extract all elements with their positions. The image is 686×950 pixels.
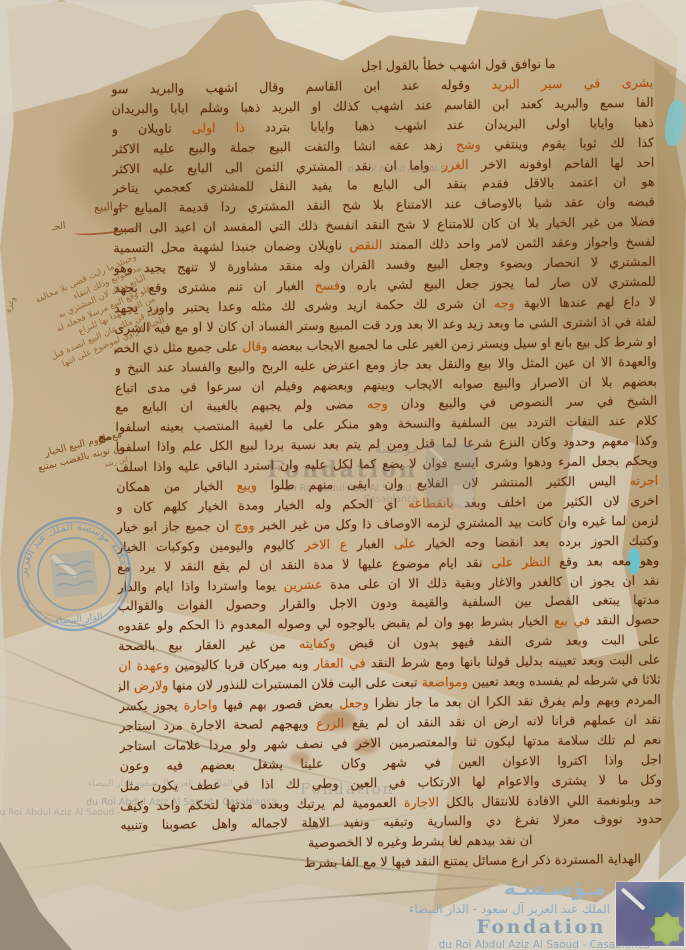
rubric-word: الزرع <box>316 715 344 730</box>
rubric-word: وجعل <box>339 695 369 710</box>
rubric-word: في بيع <box>554 613 590 628</box>
rubric-word: فسخ <box>315 278 341 293</box>
watermark-logo-square <box>426 444 476 508</box>
eight-pointed-star-icon <box>454 486 472 504</box>
rubric-word: وشح <box>456 136 481 151</box>
rubric-word: الغرر <box>442 157 469 172</box>
foundation-footer: مـؤسـسـة الملك عبد العزيز آل سعود - الدا… <box>420 876 686 950</box>
diagonal-stroke-icon <box>429 447 449 465</box>
rubric-word: ومواضعة <box>421 674 468 690</box>
rubric-word: وجه <box>367 396 388 411</box>
eight-pointed-star-icon <box>655 917 679 941</box>
watermark-arabic: مؤسسة <box>228 442 418 457</box>
manuscript-scan: du Roi Abdul Aziz Al-SFondationdu Roi Ab… <box>0 0 686 950</box>
margin-heading: حد البيع <box>94 199 130 214</box>
ghost-watermark-text: du Roi Abdul Aziz Al Saoud - <box>0 808 120 818</box>
margin-fragment: مع <box>98 430 112 443</box>
rubric-word: في العقار <box>314 655 366 671</box>
rubric-word: اجرته <box>630 473 659 488</box>
foundation-arabic-title: مـؤسـسـة <box>504 876 606 900</box>
rubric-word: ذا اولى <box>192 119 245 135</box>
rubric-word: النظر على <box>491 554 551 570</box>
rubric-word: عشرين <box>284 576 323 591</box>
rubric-word: وجه <box>494 295 515 310</box>
rubric-word: وقال <box>242 338 267 353</box>
foundation-watermark-center: مؤسسة Fondation du Roi Abdul Aziz Al Sao… <box>228 442 480 522</box>
star-icon: ★ <box>122 587 130 597</box>
foundation-logo <box>616 882 684 946</box>
library-stamp: مكتبة مؤسسة الملك عبد العزيز الدار البيض… <box>4 486 144 660</box>
rubric-word: وكفايته <box>299 636 336 651</box>
watermark-subtitle: du Roi Abdul Aziz Al Saoud - Casablanca <box>228 483 418 505</box>
rubric-word: وعهدة ان <box>118 658 169 674</box>
rubric-word: واجارة <box>184 697 218 712</box>
diagonal-stroke-icon <box>621 888 646 911</box>
foundation-latin-title: Fondation <box>476 916 606 938</box>
rubric-word: يشرى في سير البريد <box>491 75 653 92</box>
rubric-word: على <box>394 535 416 550</box>
foundation-arabic-subtitle: الملك عبد العزيز آل سعود - الدار البيضاء <box>409 902 610 916</box>
rubric-word: الاجارة <box>404 794 439 809</box>
star-icon: ★ <box>23 598 31 608</box>
rubric-word: ع الاخر <box>305 536 348 552</box>
rubric-word: ولارض <box>134 678 169 693</box>
rubric-word: النقض <box>349 237 382 252</box>
watermark-title: Fondation <box>228 457 418 483</box>
